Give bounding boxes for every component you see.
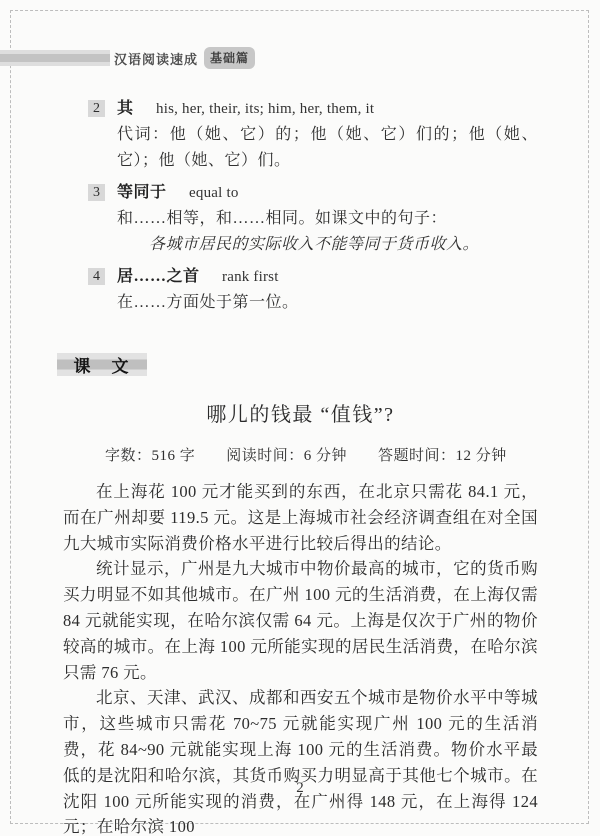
meta-answer-time: 答题时间：12 分钟 (378, 444, 507, 465)
header-decoration-bar (0, 50, 110, 66)
vocab-headword: 等同于 (117, 184, 167, 201)
paragraph-1: 在上海花 100 元才能买到的东西，在北京只需花 84.1 元，而在广州却要 1… (63, 479, 538, 556)
meta-reading-time: 阅读时间：6 分钟 (226, 444, 347, 465)
vocab-example-sentence: 各城市居民的实际收入不能等同于货币收入。 (117, 232, 538, 258)
series-title: 汉语阅读速成 (114, 49, 198, 68)
meta-word-count: 字数：516 字 (105, 444, 195, 465)
vocab-number-badge: 2 (88, 100, 105, 117)
vocab-english-gloss: his, her, their, its; him, her, them, it (156, 101, 374, 117)
paragraph-3: 北京、天津、武汉、成都和西安五个城市是物价水平中等城市，这些城市只需花 70~7… (63, 685, 538, 836)
book-page: 汉语阅读速成 基础篇 2 其 his, her, their, its; him… (0, 0, 600, 836)
section-heading-kewen: 课 文 (57, 353, 147, 376)
lesson-title: 哪儿的钱最 “值钱”? (63, 398, 538, 427)
page-content: 2 其 his, her, their, its; him, her, them… (63, 92, 538, 836)
vocab-item-4: 4 居……之首 rank first 在……方面处于第一位。 (63, 264, 538, 316)
vocab-list: 2 其 his, her, their, its; him, her, them… (63, 96, 538, 316)
vocab-number-badge: 4 (88, 268, 105, 285)
vocab-item-3: 3 等同于 equal to 和……相等，和……相同。如课文中的句子： 各城市居… (63, 180, 538, 258)
vocab-english-gloss: rank first (222, 269, 279, 285)
vocab-english-gloss: equal to (189, 185, 239, 201)
vocab-definition: 和……相等，和……相同。如课文中的句子： (117, 206, 538, 232)
lesson-meta-row: 字数：516 字 阅读时间：6 分钟 答题时间：12 分钟 (63, 444, 538, 465)
vocab-item-2: 2 其 his, her, their, its; him, her, them… (63, 96, 538, 174)
vocab-number-badge: 3 (88, 184, 105, 201)
running-header: 汉语阅读速成 基础篇 (0, 49, 255, 67)
vocab-headline: 其 his, her, their, its; him, her, them, … (117, 96, 538, 122)
page-number: 2 (0, 780, 600, 797)
vocab-headline: 等同于 equal to (117, 180, 538, 206)
vocab-headword: 其 (117, 100, 134, 117)
vocab-definition: 在……方面处于第一位。 (117, 290, 538, 316)
vocab-definition: 代词：他（她、它）的；他（她、它）们的；他（她、它）；他（她、它）们。 (117, 122, 538, 174)
section-heading-label: 课 文 (74, 352, 131, 377)
volume-badge: 基础篇 (204, 47, 255, 69)
paragraph-2: 统计显示，广州是九大城市中物价最高的城市，它的货币购买力明显不如其他城市。在广州… (63, 556, 538, 685)
vocab-headword: 居……之首 (117, 268, 200, 285)
vocab-headline: 居……之首 rank first (117, 264, 538, 290)
